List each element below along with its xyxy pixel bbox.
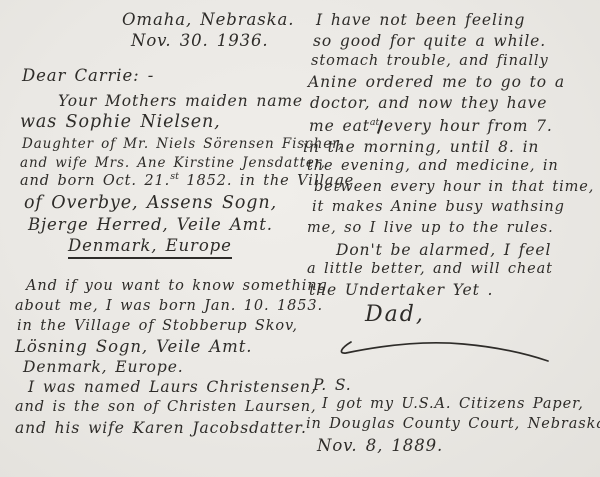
letter-line: and born Oct. 21.st 1852. in the Village (20, 174, 354, 190)
postscript-date: Nov. 8, 1889. (317, 437, 443, 455)
letter-line: Anine ordered me to go to a (308, 74, 565, 91)
letter-line: Bjerge Herred, Veile Amt. (28, 216, 273, 234)
letter-line: Your Mothers maiden name (58, 93, 303, 110)
inserted-word-line-start: me eat (309, 117, 370, 135)
letter-line: me eatatevery hour from 7. (309, 117, 553, 135)
dateline-city: Omaha, Nebraska. (122, 11, 294, 29)
letter-line: the Undertaker Yet . (309, 282, 493, 299)
letter-line: Denmark, Europe. (23, 359, 184, 376)
postscript-label: P. S. (313, 377, 352, 394)
letter-line: I was named Laurs Christensen, (28, 379, 317, 396)
letter-line: me, so I live up to the rules. (307, 221, 554, 237)
signature: Dad, (365, 303, 425, 327)
letter-line: it makes Anine busy wathsing (312, 200, 565, 216)
letter-paper: Omaha, Nebraska. Nov. 30. 1936. Dear Car… (0, 0, 600, 477)
inserted-word-line-end: every hour from 7. (384, 117, 553, 135)
letter-line: about me, I was born Jan. 10. 1853. (15, 299, 323, 315)
dateline-date: Nov. 30. 1936. (131, 32, 269, 50)
letter-line: And if you want to know something (26, 279, 328, 295)
postscript-line: I got my U.S.A. Citizens Paper, (322, 397, 584, 413)
letter-line: and is the son of Christen Laursen, (15, 400, 317, 416)
letter-line: the evening, and medicine, in (307, 159, 559, 175)
letter-line: and wife Mrs. Ane Kirstine Jensdatter, (20, 156, 326, 171)
letter-line: was Sophie Nielsen, (20, 113, 221, 132)
letter-line: in the morning, until 8. in (303, 139, 539, 156)
letter-line: and his wife Karen Jacobsdatter. (15, 420, 307, 437)
ordinal-superscript: st (170, 172, 179, 182)
signature-flourish (335, 332, 553, 364)
letter-line: stomach trouble, and finally (311, 54, 549, 70)
letter-line: a little better, and will cheat (307, 262, 553, 278)
postscript-line: in Douglas County Court, Nebraska (306, 417, 600, 433)
underlined-location: Denmark, Europe (68, 237, 232, 259)
birth-date-text: and born Oct. 21. (20, 173, 170, 189)
letter-line: I have not been feeling (316, 12, 525, 29)
letter-line: in the Village of Stobberup Skov, (17, 319, 298, 335)
letter-line: so good for quite a while. (313, 33, 546, 50)
letter-line: Don't be alarmed, I feel (336, 242, 551, 259)
salutation: Dear Carrie: - (22, 67, 154, 85)
letter-line: doctor, and now they have (310, 95, 547, 112)
letter-line: of Overbye, Assens Sogn, (24, 194, 277, 213)
letter-line: Daughter of Mr. Niels Sörensen Fischer, (22, 137, 343, 152)
letter-line: between every hour in that time, (314, 180, 594, 196)
letter-line: Lösning Sogn, Veile Amt. (15, 338, 252, 356)
